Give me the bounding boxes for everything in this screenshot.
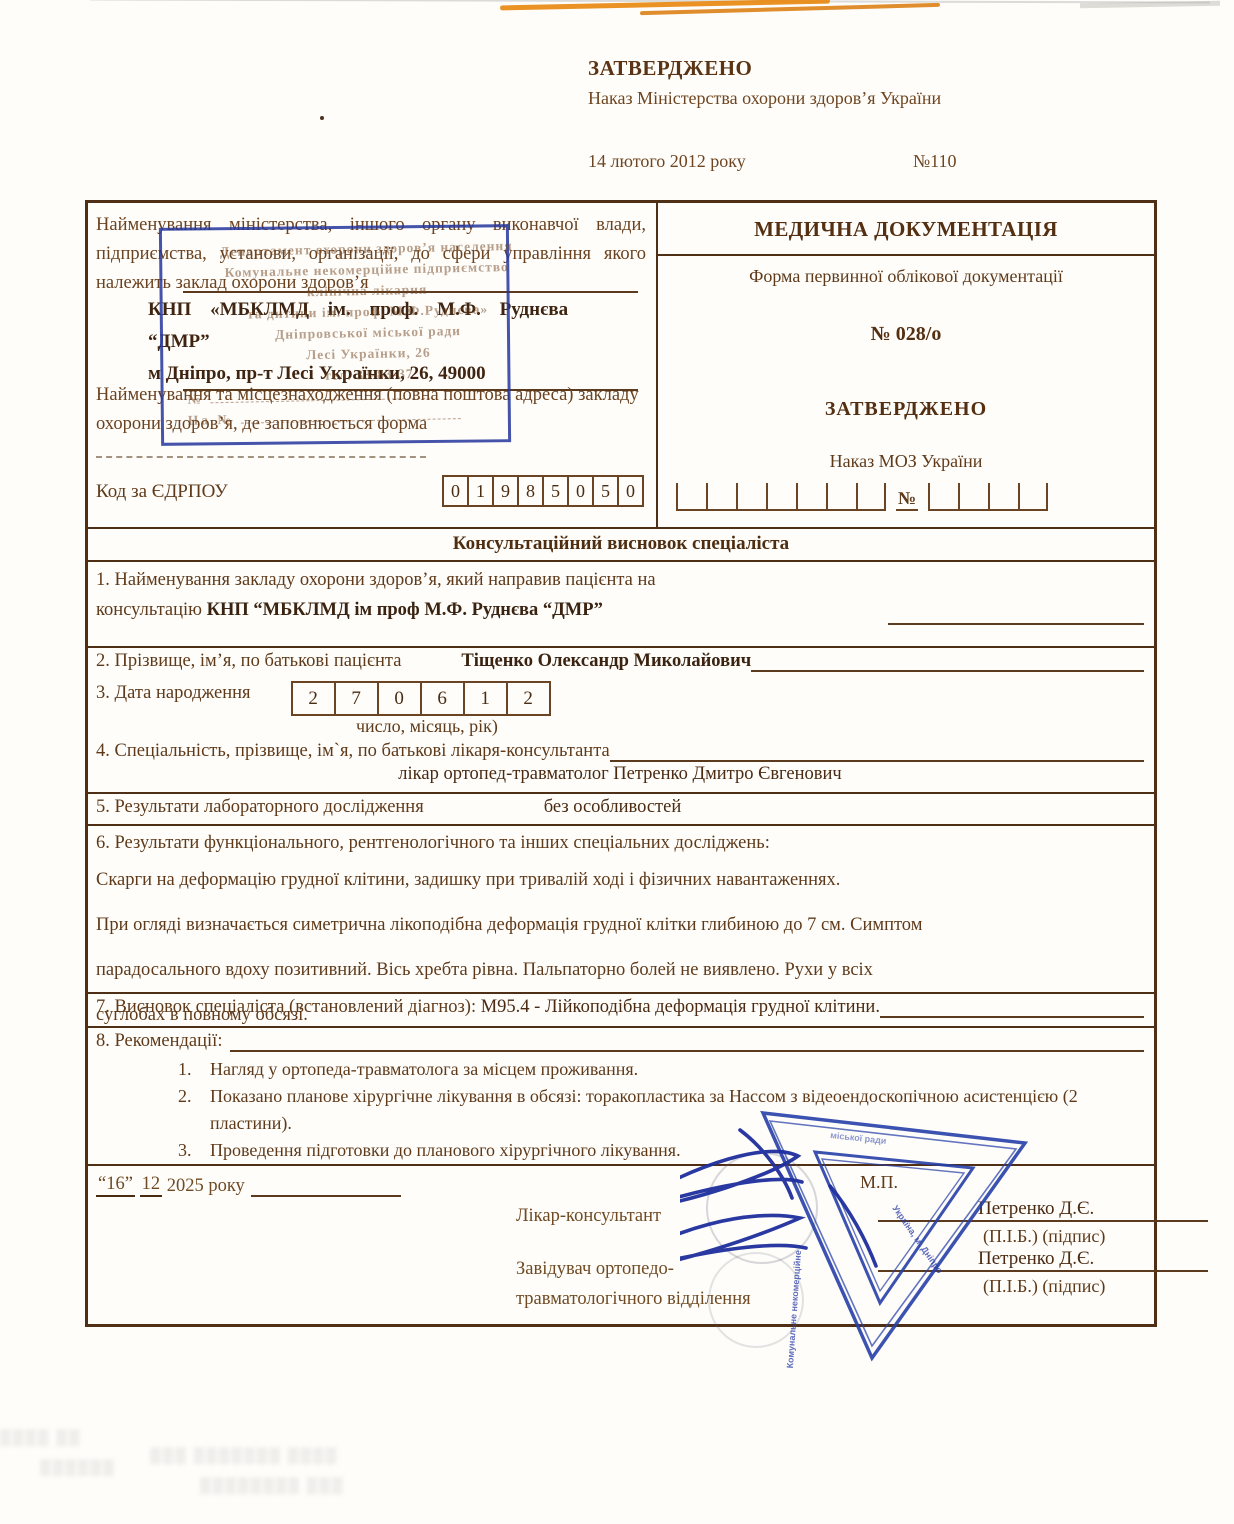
ruled-line bbox=[183, 291, 638, 293]
sig2-role: Завідувач ортопедо- травматологічного ві… bbox=[516, 1254, 751, 1314]
sig1-sublabel: (П.І.Б.) (підпис) bbox=[983, 1226, 1105, 1247]
recommendation-item: Нагляд у ортопеда-травматолога за місцем… bbox=[196, 1056, 1146, 1083]
address-label-text: Найменування та місцезнаходження (повна … bbox=[96, 385, 639, 434]
blank-line bbox=[230, 1032, 1144, 1052]
digit-box: 2 bbox=[291, 681, 336, 716]
s6-line: парадосального вдоху позитивний. Вісь хр… bbox=[96, 948, 1144, 993]
section-8-header: 8. Рекомендації: bbox=[88, 1028, 1154, 1056]
moz-order-label: Наказ МОЗ України bbox=[658, 451, 1154, 472]
sig1-name-line: Петренко Д.Є. bbox=[878, 1198, 1208, 1222]
edrpou-row: Код за ЄДРПОУ 0 1 9 8 5 0 5 0 bbox=[96, 475, 644, 507]
blank-line bbox=[888, 605, 1144, 625]
form-main-title: Консультаційний висновок спеціаліста bbox=[88, 529, 1154, 562]
bleedthrough-artifact: ▒▒▒▒▒▒▒▒ ▒▒▒ bbox=[200, 1478, 480, 1495]
approval-header: ЗАТВЕРДЖЕНО Наказ Міністерства охорони з… bbox=[588, 56, 1148, 172]
section-3: 3. Дата народження 2 7 0 6 1 2 число, мі… bbox=[88, 680, 1154, 738]
issuer-org-line2: “ДМР” bbox=[148, 327, 628, 356]
s7-label: 7. Висновок спеціаліста (встановлений ді… bbox=[96, 997, 476, 1018]
digit-box: 0 bbox=[377, 681, 422, 716]
s6-line: Скарги на деформацію грудної клітини, за… bbox=[96, 858, 1144, 903]
section-1: 1. Найменування закладу охорони здоров’я… bbox=[88, 562, 1154, 648]
orange-streak-artifact bbox=[500, 0, 830, 10]
medical-doc-title: МЕДИЧНА ДОКУМЕНТАЦІЯ bbox=[658, 203, 1154, 256]
s4-value: лікар ортопед-травматолог Петренко Дмитр… bbox=[96, 764, 1144, 785]
order-number-cells: № bbox=[676, 483, 1142, 511]
birthdate-digit-boxes: 2 7 0 6 1 2 bbox=[293, 681, 551, 716]
edrpou-label: Код за ЄДРПОУ bbox=[96, 477, 228, 506]
form-table: Найменування міністерства, іншого органу… bbox=[85, 200, 1157, 1327]
s7-value: М95.4 - Лійкоподібна деформація грудної … bbox=[481, 997, 880, 1018]
sig2-role-line2: травматологічного відділення bbox=[516, 1284, 751, 1314]
form-date: “16” 12 2025 року bbox=[96, 1174, 401, 1197]
section-7: 7. Висновок спеціаліста (встановлений ді… bbox=[88, 994, 1154, 1028]
blank-line bbox=[251, 1177, 401, 1197]
sig2-role-line1: Завідувач ортопедо- bbox=[516, 1254, 751, 1284]
section-8-items: Нагляд у ортопеда-травматолога за місцем… bbox=[88, 1056, 1154, 1164]
sig2-name-line: Петренко Д.Є. bbox=[878, 1248, 1208, 1272]
approved-label: ЗАТВЕРДЖЕНО bbox=[658, 398, 1154, 421]
digit-box: 1 bbox=[463, 681, 508, 716]
spacer bbox=[681, 798, 1144, 818]
section-4: 4. Спеціальність, прізвище, ім`я, по бат… bbox=[88, 738, 1154, 794]
blank-line bbox=[880, 998, 1144, 1018]
s6-label: 6. Результати функціонального, рентгенол… bbox=[96, 829, 1144, 858]
sig2-sublabel: (П.І.Б.) (підпис) bbox=[983, 1276, 1105, 1297]
digit-box: 5 bbox=[542, 475, 569, 507]
digit-box: 8 bbox=[517, 475, 544, 507]
bleedthrough-artifact: ▒▒▒▒ ▒▒ bbox=[0, 1430, 120, 1447]
digit-box: 0 bbox=[617, 475, 644, 507]
blank-line bbox=[610, 742, 1144, 762]
number-sign: № bbox=[896, 488, 918, 511]
section-2: 2. Прізвище, ім’я, по батькові пацієнта … bbox=[88, 648, 1154, 680]
s5-label: 5. Результати лабораторного дослідження bbox=[96, 797, 424, 818]
recommendation-item: Показано планове хірургічне лікування в … bbox=[196, 1083, 1146, 1137]
form-number: № 028/о bbox=[658, 323, 1154, 346]
digit-box: 0 bbox=[567, 475, 594, 507]
date-day: “16” bbox=[96, 1174, 135, 1197]
s3-hint: число, місяць, рік) bbox=[356, 716, 1144, 737]
digit-box: 7 bbox=[334, 681, 379, 716]
ink-dot-artifact bbox=[320, 116, 324, 120]
s4-label: 4. Спеціальність, прізвище, ім`я, по бат… bbox=[96, 741, 610, 762]
digit-box: 2 bbox=[506, 681, 551, 716]
signature-area: “16” 12 2025 року М.П. Лікар-консультант… bbox=[88, 1164, 1154, 1324]
seal-place-mark: М.П. bbox=[860, 1172, 898, 1193]
number-cells bbox=[928, 483, 1048, 511]
blank-line bbox=[96, 440, 426, 458]
issuer-org-line1: КНП «МБКЛМД ім. проф. М.Ф. Руднєва bbox=[148, 295, 628, 324]
s2-value: Тіщенко Олександр Миколайович bbox=[461, 651, 751, 672]
approved-order: Наказ Міністерства охорони здоров’я Укра… bbox=[588, 88, 1148, 109]
s6-line: При огляді визначається симетрична лікоп… bbox=[96, 903, 1144, 948]
approved-date: 14 лютого 2012 року bbox=[588, 151, 913, 172]
approved-title: ЗАТВЕРДЖЕНО bbox=[588, 56, 1148, 81]
s3-label: 3. Дата народження bbox=[96, 683, 251, 704]
digit-box: 0 bbox=[442, 475, 469, 507]
digit-box: 5 bbox=[592, 475, 619, 507]
s5-value: без особливостей bbox=[544, 797, 682, 818]
digit-box: 6 bbox=[420, 681, 465, 716]
section-6: 6. Результати функціонального, рентгенол… bbox=[88, 826, 1154, 994]
form-header-row: Найменування міністерства, іншого органу… bbox=[88, 203, 1154, 529]
recommendation-item: Проведення підготовки до планового хірур… bbox=[196, 1137, 1146, 1164]
s1-value: КНП “МБКЛМД ім проф М.Ф. Руднєва “ДМР” bbox=[207, 595, 603, 625]
documentation-cell: МЕДИЧНА ДОКУМЕНТАЦІЯ Форма первинної обл… bbox=[658, 203, 1154, 527]
edrpou-digit-boxes: 0 1 9 8 5 0 5 0 bbox=[444, 475, 644, 507]
date-rest: 2025 року bbox=[167, 1176, 245, 1197]
s8-label: 8. Рекомендації: bbox=[96, 1031, 222, 1052]
blank-line bbox=[751, 652, 1144, 672]
bleedthrough-artifact: ▒▒▒▒▒▒ bbox=[40, 1460, 200, 1477]
date-month: 12 bbox=[140, 1174, 163, 1197]
digit-box: 1 bbox=[467, 475, 494, 507]
issuer-label: Найменування міністерства, іншого органу… bbox=[96, 211, 646, 298]
scanned-medical-form-028: ЗАТВЕРДЖЕНО Наказ Міністерства охорони з… bbox=[0, 0, 1234, 1524]
digit-box: 9 bbox=[492, 475, 519, 507]
orange-streak-artifact bbox=[640, 3, 940, 15]
bleedthrough-artifact: ▒▒▒ ▒▒▒▒▒▒▒ ▒▒▒▒ bbox=[150, 1448, 480, 1465]
s1-label-line2: консультацію bbox=[96, 595, 202, 625]
scan-edge-artifact bbox=[90, 0, 1210, 3]
scan-smudge-artifact bbox=[1080, 1, 1220, 8]
address-label: Найменування та місцезнаходження (повна … bbox=[96, 381, 641, 468]
issuer-cell: Найменування міністерства, іншого органу… bbox=[88, 203, 658, 527]
s1-label-line1: 1. Найменування закладу охорони здоров’я… bbox=[96, 565, 1144, 595]
date-cells bbox=[676, 483, 886, 511]
section-5: 5. Результати лабораторного дослідження … bbox=[88, 794, 1154, 826]
s2-label: 2. Прізвище, ім’я, по батькові пацієнта bbox=[96, 651, 401, 672]
sig1-role: Лікар-консультант bbox=[516, 1206, 661, 1227]
form-subtitle: Форма первинної облікової документації bbox=[658, 266, 1154, 287]
approved-number: №110 bbox=[913, 151, 957, 172]
